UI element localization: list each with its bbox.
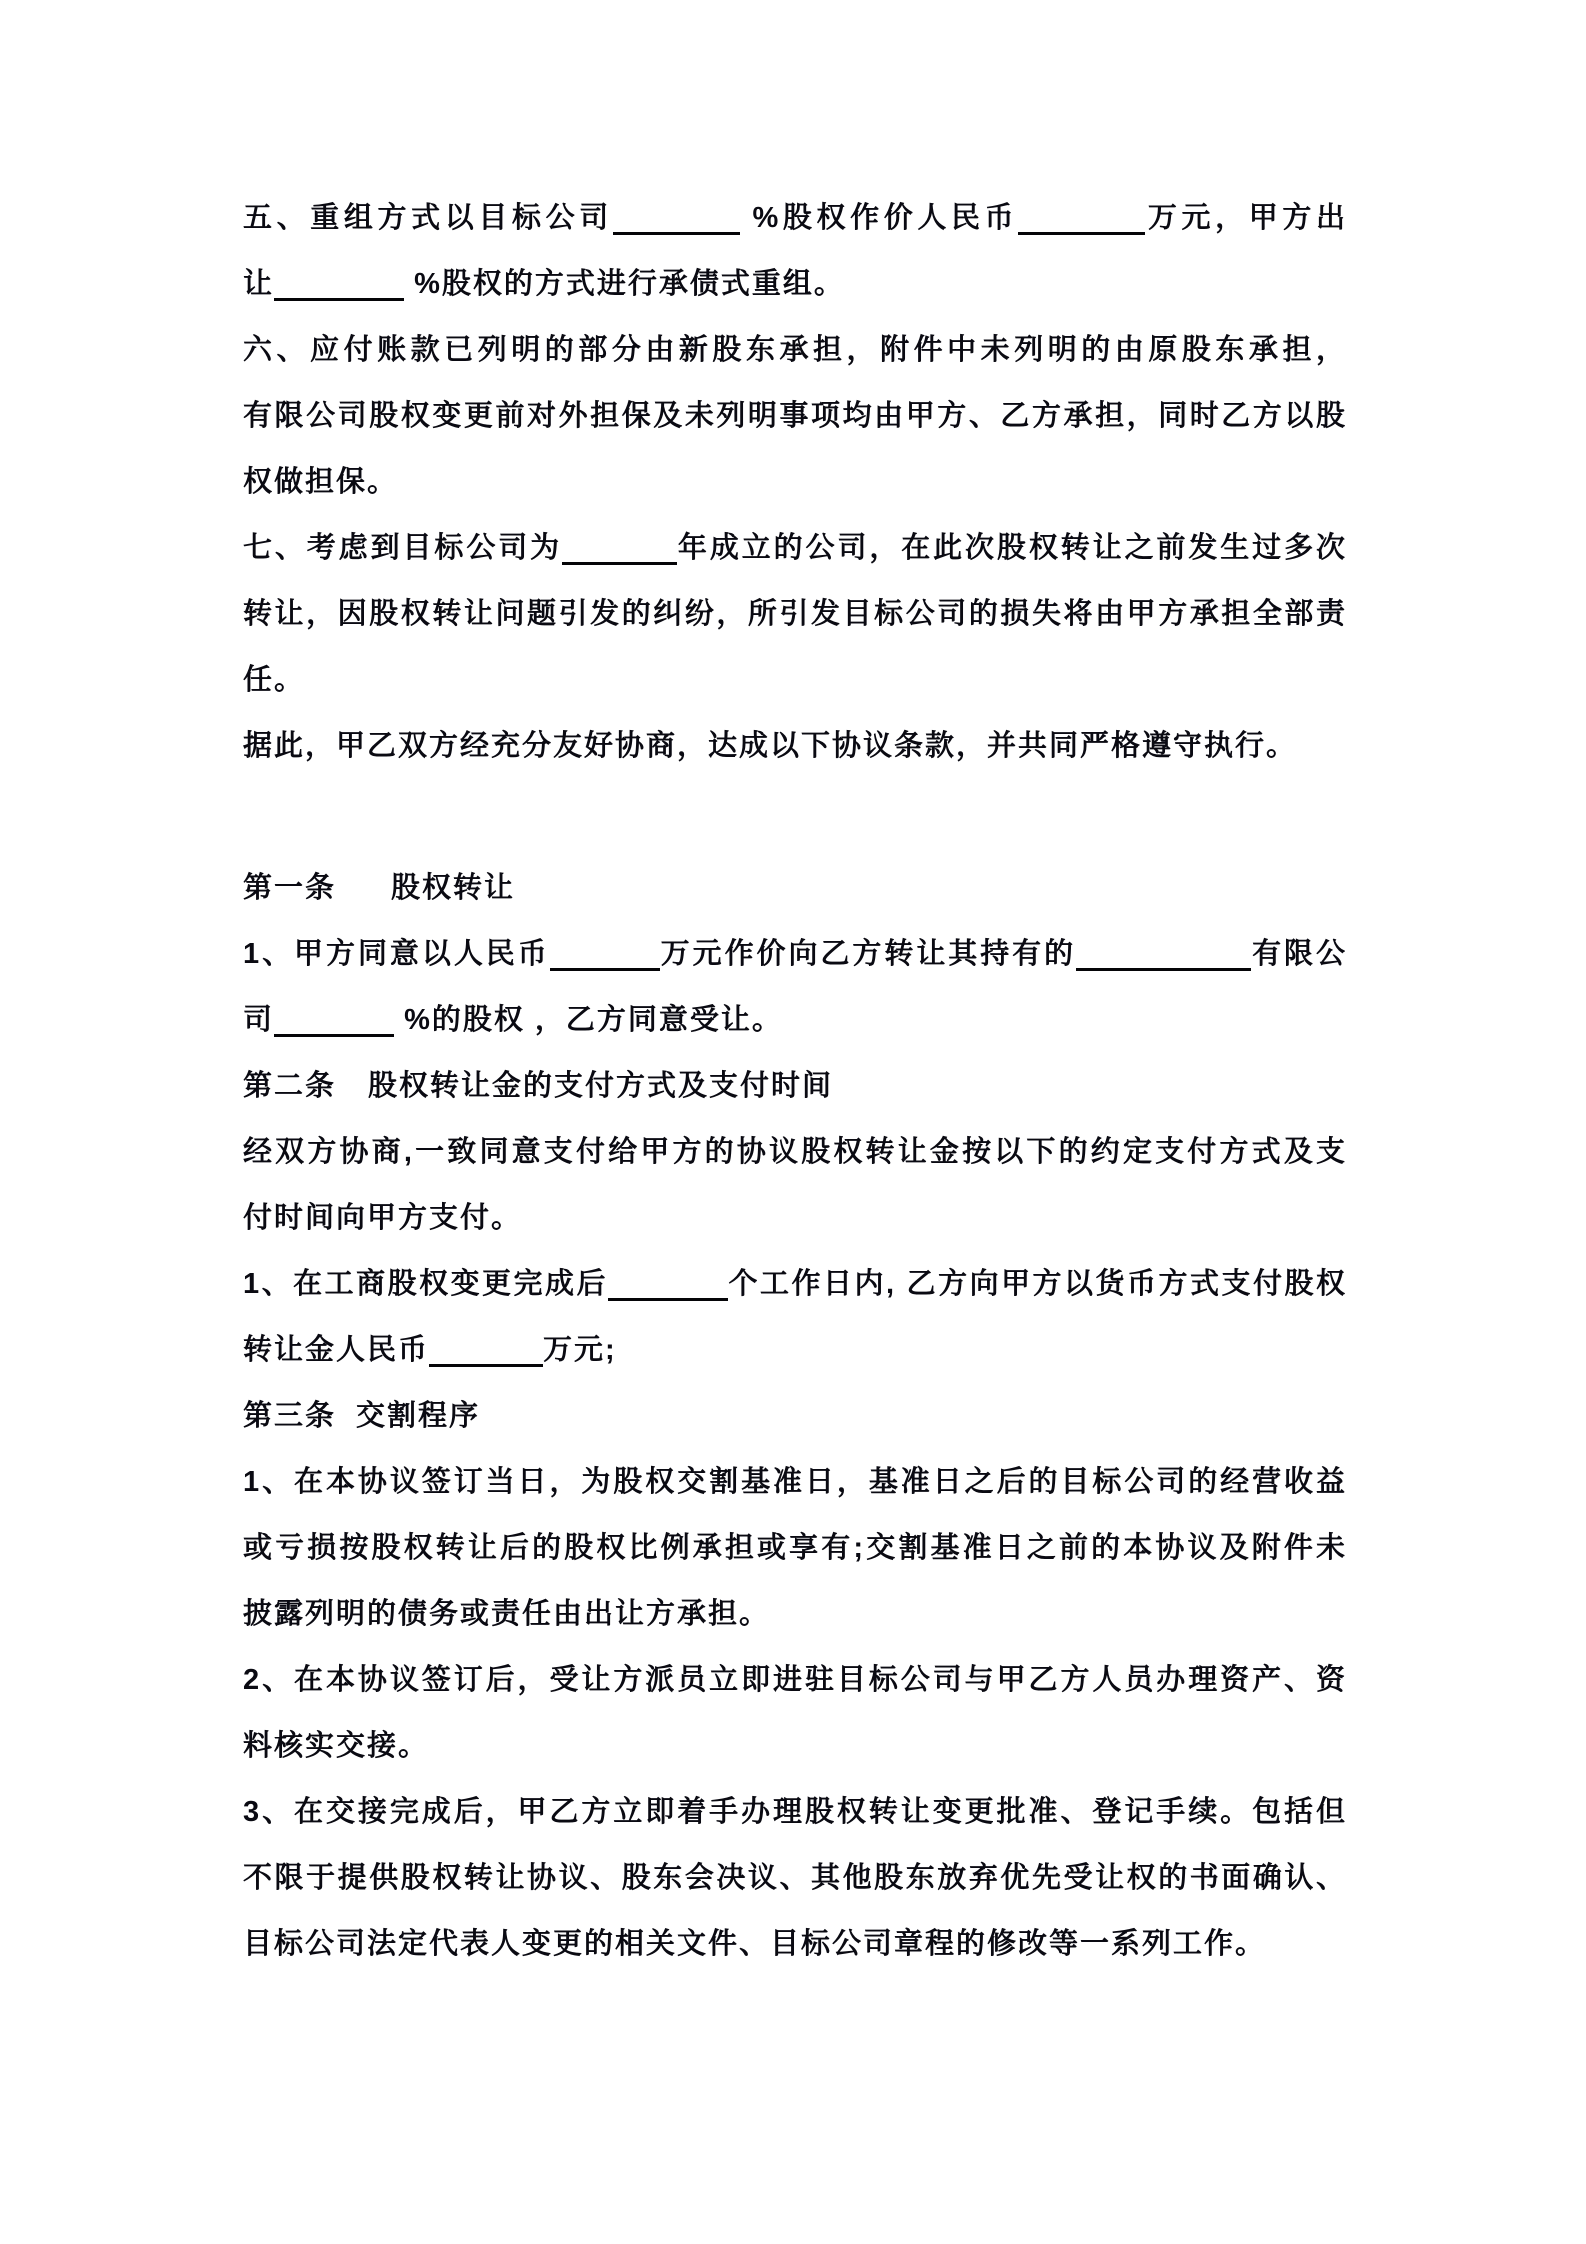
text-run: 有限公司股权变更前对外担保及未列明事项均由甲方、乙方承担，同时乙方以股 bbox=[243, 400, 1347, 432]
document-line: 3、在交接完成后，甲乙方立即着手办理股权转让变更批准、登记手续。包括但 bbox=[243, 1779, 1347, 1845]
blank-underline bbox=[1076, 938, 1251, 971]
text-run: 万元作价向乙方转让其持有的 bbox=[660, 938, 1076, 970]
document-line: 权做担保。 bbox=[243, 449, 1347, 515]
text-run: 转让金人民币 bbox=[243, 1334, 429, 1366]
text-run: 有限公 bbox=[1251, 938, 1347, 970]
document-line: 料核实交接。 bbox=[243, 1713, 1347, 1779]
document-line: 目标公司法定代表人变更的相关文件、目标公司章程的修改等一系列工作。 bbox=[243, 1911, 1347, 1977]
text-run: %股权作价人民币 bbox=[740, 202, 1018, 234]
text-run: 第二条 bbox=[243, 1070, 336, 1102]
text-run: 五、重组方式以目标公司 bbox=[243, 202, 613, 234]
document-line: 或亏损按股权转让后的股权比例承担或享有;交割基准日之前的本协议及附件未 bbox=[243, 1515, 1347, 1581]
text-run: 2、在本协议签订后，受让方派员立即进驻目标公司与甲乙方人员办理资产、资 bbox=[243, 1664, 1347, 1696]
heading-gap bbox=[336, 1094, 368, 1095]
text-run: 目标公司法定代表人变更的相关文件、目标公司章程的修改等一系列工作。 bbox=[243, 1928, 1266, 1960]
blank-underline bbox=[1018, 202, 1145, 235]
text-run: 3、在交接完成后，甲乙方立即着手办理股权转让变更批准、登记手续。包括但 bbox=[243, 1796, 1347, 1828]
blank-underline bbox=[613, 202, 740, 235]
blank-underline bbox=[274, 268, 404, 301]
blank-underline bbox=[429, 1334, 543, 1367]
heading-gap bbox=[336, 1424, 356, 1425]
text-run: 股权转让 bbox=[391, 872, 515, 904]
text-run: 据此，甲乙双方经充分友好协商，达成以下协议条款，并共同严格遵守执行。 bbox=[243, 730, 1297, 762]
text-run: 六、应付账款已列明的部分由新股东承担，附件中未列明的由原股东承担， bbox=[243, 334, 1347, 366]
document-body: 五、重组方式以目标公司 %股权作价人民币万元，甲方出让 %股权的方式进行承债式重… bbox=[243, 185, 1347, 1977]
text-run: %的股权 ，乙方同意受让。 bbox=[394, 1004, 783, 1036]
heading-gap bbox=[336, 896, 391, 897]
text-run: 交割程序 bbox=[356, 1400, 480, 1432]
document-line: 2、在本协议签订后，受让方派员立即进驻目标公司与甲乙方人员办理资产、资 bbox=[243, 1647, 1347, 1713]
document-line: 据此，甲乙双方经充分友好协商，达成以下协议条款，并共同严格遵守执行。 bbox=[243, 713, 1347, 779]
text-run: %股权的方式进行承债式重组。 bbox=[404, 268, 845, 300]
text-run: 权做担保。 bbox=[243, 466, 398, 498]
text-run: 万元，甲方出 bbox=[1145, 202, 1347, 234]
document-line: 1、甲方同意以人民币万元作价向乙方转让其持有的有限公 bbox=[243, 921, 1347, 987]
document-line: 让 %股权的方式进行承债式重组。 bbox=[243, 251, 1347, 317]
text-run: 年成立的公司，在此次股权转让之前发生过多次 bbox=[677, 532, 1347, 564]
text-run: 转让，因股权转让问题引发的纠纷，所引发目标公司的损失将由甲方承担全部责 bbox=[243, 598, 1347, 630]
text-run: 司 bbox=[243, 1004, 274, 1036]
text-run: 1、在工商股权变更完成后 bbox=[243, 1268, 608, 1300]
document-line: 转让金人民币万元; bbox=[243, 1317, 1347, 1383]
document-page: 五、重组方式以目标公司 %股权作价人民币万元，甲方出让 %股权的方式进行承债式重… bbox=[0, 0, 1586, 2244]
document-line: 任。 bbox=[243, 647, 1347, 713]
text-run: 1、在本协议签订当日，为股权交割基准日，基准日之后的目标公司的经营收益 bbox=[243, 1466, 1347, 1498]
text-run: 第三条 bbox=[243, 1400, 336, 1432]
section-heading: 第二条股权转让金的支付方式及支付时间 bbox=[243, 1053, 1347, 1119]
blank-underline bbox=[550, 938, 660, 971]
text-run: 1、甲方同意以人民币 bbox=[243, 938, 550, 970]
text-run: 万元; bbox=[543, 1334, 617, 1366]
text-run: 任。 bbox=[243, 664, 305, 696]
document-line: 七、考虑到目标公司为年成立的公司，在此次股权转让之前发生过多次 bbox=[243, 515, 1347, 581]
document-line: 披露列明的债务或责任由出让方承担。 bbox=[243, 1581, 1347, 1647]
text-run: 或亏损按股权转让后的股权比例承担或享有;交割基准日之前的本协议及附件未 bbox=[243, 1532, 1347, 1564]
text-run: 付时间向甲方支付。 bbox=[243, 1202, 522, 1234]
section-heading: 第三条交割程序 bbox=[243, 1383, 1347, 1449]
document-line: 付时间向甲方支付。 bbox=[243, 1185, 1347, 1251]
blank-underline bbox=[274, 1004, 394, 1037]
text-run: 让 bbox=[243, 268, 274, 300]
section-spacer bbox=[243, 779, 1347, 855]
text-run: 第一条 bbox=[243, 872, 336, 904]
text-run: 料核实交接。 bbox=[243, 1730, 429, 1762]
text-run: 个工作日内, 乙方向甲方以货币方式支付股权 bbox=[728, 1268, 1347, 1300]
text-run: 股权转让金的支付方式及支付时间 bbox=[368, 1070, 833, 1102]
section-heading: 第一条股权转让 bbox=[243, 855, 1347, 921]
document-line: 不限于提供股权转让协议、股东会决议、其他股东放弃优先受让权的书面确认、 bbox=[243, 1845, 1347, 1911]
document-line: 转让，因股权转让问题引发的纠纷，所引发目标公司的损失将由甲方承担全部责 bbox=[243, 581, 1347, 647]
text-run: 披露列明的债务或责任由出让方承担。 bbox=[243, 1598, 770, 1630]
text-run: 不限于提供股权转让协议、股东会决议、其他股东放弃优先受让权的书面确认、 bbox=[243, 1862, 1347, 1894]
document-line: 1、在本协议签订当日，为股权交割基准日，基准日之后的目标公司的经营收益 bbox=[243, 1449, 1347, 1515]
document-line: 司 %的股权 ，乙方同意受让。 bbox=[243, 987, 1347, 1053]
document-line: 1、在工商股权变更完成后个工作日内, 乙方向甲方以货币方式支付股权 bbox=[243, 1251, 1347, 1317]
blank-underline bbox=[608, 1268, 728, 1301]
document-line: 五、重组方式以目标公司 %股权作价人民币万元，甲方出 bbox=[243, 185, 1347, 251]
document-line: 六、应付账款已列明的部分由新股东承担，附件中未列明的由原股东承担， bbox=[243, 317, 1347, 383]
text-run: 七、考虑到目标公司为 bbox=[243, 532, 562, 564]
document-line: 有限公司股权变更前对外担保及未列明事项均由甲方、乙方承担，同时乙方以股 bbox=[243, 383, 1347, 449]
blank-underline bbox=[562, 532, 677, 565]
text-run: 经双方协商,一致同意支付给甲方的协议股权转让金按以下的约定支付方式及支 bbox=[243, 1136, 1347, 1168]
document-line: 经双方协商,一致同意支付给甲方的协议股权转让金按以下的约定支付方式及支 bbox=[243, 1119, 1347, 1185]
